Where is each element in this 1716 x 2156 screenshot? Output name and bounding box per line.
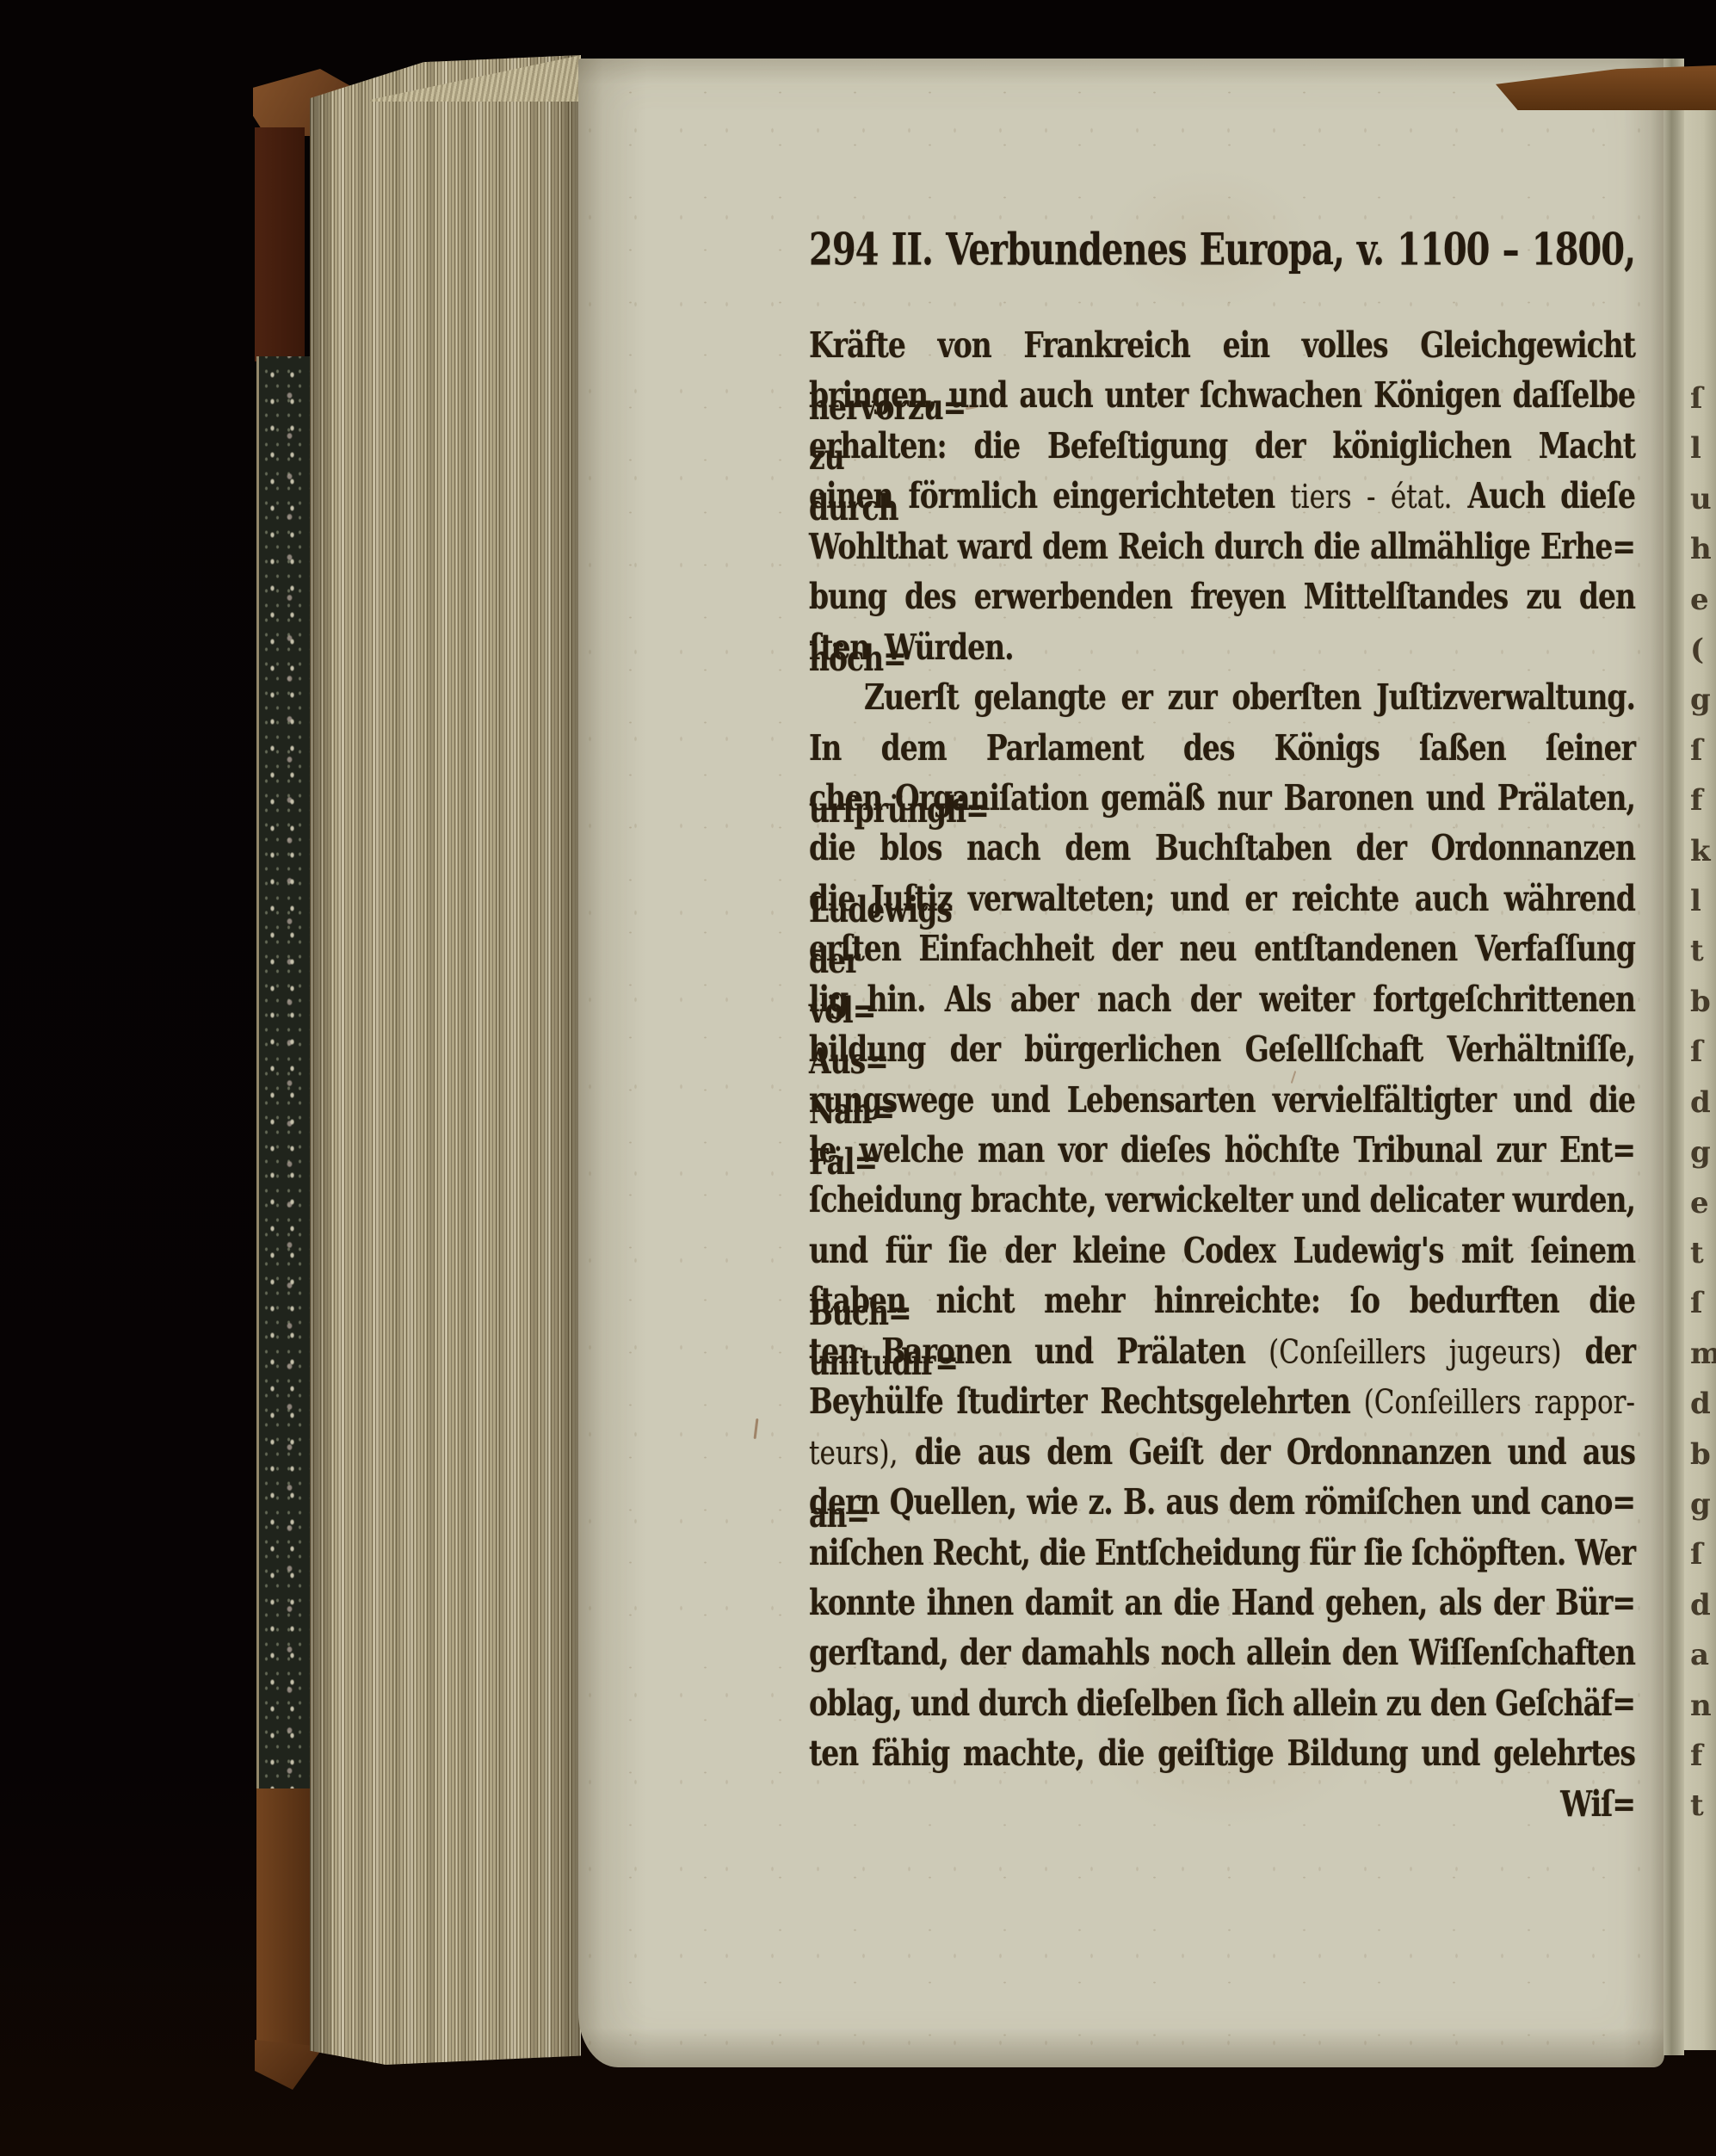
page-text: 294 II. Verbundenes Europa, v. 1100 – 18… [809,231,1635,1832]
facing-page-text-fragments: ſ l u h e ( g ſ f k l t b ſ d g e t ſ m … [1690,374,1716,1832]
body-text: Kräfte von Frankreich ein volles Gleichg… [809,324,1635,1832]
fore-edge-page-stack [310,55,581,2065]
running-header: 294 II. Verbundenes Europa, v. 1100 – 18… [809,215,1635,286]
leather-spine-edge [255,127,305,361]
book-photo: 294 II. Verbundenes Europa, v. 1100 – 18… [0,0,1716,2156]
leather-cover-edge-bottom [256,1788,317,2047]
facing-page-sliver: ſ l u h e ( g ſ f k l t b ſ d g e t ſ m … [1684,96,1716,2050]
catchword: Wiſ= [809,1773,1635,1835]
gutter-fold [1664,59,1684,2055]
